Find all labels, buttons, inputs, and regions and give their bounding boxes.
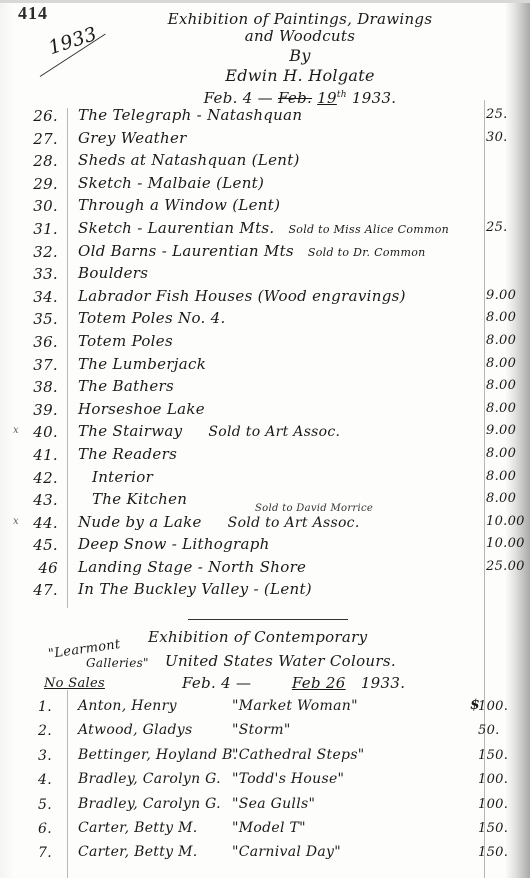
list-item: 6.Carter, Betty M."Model T"150. — [0, 819, 530, 843]
item-title-text: Through a Window (Lent) — [78, 196, 280, 214]
list-item: 41.The Readers8.00 — [0, 444, 530, 467]
header-by: By — [130, 46, 470, 66]
list-item: x44.Nude by a LakeSold to Art Assoc.Sold… — [0, 512, 530, 535]
item-title: Sketch - Laurentian Mts.Sold to Miss Ali… — [78, 219, 449, 237]
list-item: 35.Totem Poles No. 4.8.00 — [0, 308, 530, 331]
no-sales-note: No Sales — [44, 676, 105, 691]
list-item: 5.Bradley, Carolyn G."Sea Gulls"100. — [0, 795, 530, 819]
item-title: In The Buckley Valley - (Lent) — [78, 580, 312, 598]
item-title-text: In The Buckley Valley - (Lent) — [78, 580, 312, 598]
item-number: 34. — [33, 288, 58, 306]
list-item: 31.Sketch - Laurentian Mts.Sold to Miss … — [0, 218, 530, 241]
item-title: The Readers — [78, 445, 177, 463]
item-price: 100. — [478, 797, 508, 812]
item-price: 150. — [478, 748, 508, 763]
item-title: Through a Window (Lent) — [78, 196, 280, 214]
artist-name: Atwood, Gladys — [78, 722, 192, 738]
item-title: Grey Weather — [78, 129, 187, 147]
header-dates: Feb. 4 — Feb. 19th 1933. — [130, 86, 470, 107]
artist-name: Bettinger, Hoyland B. — [78, 747, 237, 763]
item-number: 36. — [33, 333, 58, 351]
list-item: 38.The Bathers8.00 — [0, 376, 530, 399]
item-number: 47. — [33, 581, 58, 599]
ledger-page: 414 1933 Exhibition of Paintings, Drawin… — [0, 0, 530, 878]
item-number: 5. — [38, 797, 52, 813]
item-title-text: Totem Poles No. 4. — [78, 309, 226, 327]
sale-note-above: Sold to David Morrice — [255, 503, 373, 514]
item-title: Labrador Fish Houses (Wood engravings) — [78, 287, 406, 305]
x-mark: x — [13, 425, 19, 436]
item-title-text: The Telegraph - Natashquan — [78, 106, 302, 124]
item-price: 8.00 — [486, 333, 516, 348]
list-item: 37.The Lumberjack8.00 — [0, 354, 530, 377]
item-title: The StairwaySold to Art Assoc. — [78, 422, 340, 440]
list-item: 26.The Telegraph - Natashquan25. — [0, 105, 530, 128]
list-item: 7.Carter, Betty M."Carnival Day"150. — [0, 843, 530, 867]
item-number: 7. — [38, 845, 52, 861]
item-price: 8.00 — [486, 378, 516, 393]
item-number: 31. — [33, 220, 58, 238]
item-title-text: The Stairway — [78, 422, 182, 440]
item-price: 25. — [486, 220, 508, 235]
exhibition2-list: $ 1.Anton, Henry"Market Woman"100.2.Atwo… — [0, 697, 530, 868]
item-title-text: Sketch - Malbaie (Lent) — [78, 174, 264, 192]
exhibition1-header: Exhibition of Paintings, Drawings and Wo… — [130, 10, 470, 107]
item-price: 25.00 — [486, 559, 525, 574]
item-number: 39. — [33, 401, 58, 419]
item-number: 27. — [33, 130, 58, 148]
item-price: 8.00 — [486, 491, 516, 506]
item-title: Nude by a LakeSold to Art Assoc. — [78, 513, 360, 531]
item-title: Sheds at Natashquan (Lent) — [78, 151, 300, 169]
page-top-edge — [0, 0, 530, 3]
artist-name: Carter, Betty M. — [78, 844, 198, 860]
item-price: 8.00 — [486, 469, 516, 484]
item-number: 4. — [38, 772, 52, 788]
list-item: 34.Labrador Fish Houses (Wood engravings… — [0, 286, 530, 309]
work-title: "Carnival Day" — [232, 844, 341, 860]
item-title-text: Labrador Fish Houses (Wood engravings) — [78, 287, 406, 305]
item-number: 6. — [38, 821, 52, 837]
item-title-text: The Lumberjack — [78, 355, 206, 373]
item-title: Deep Snow - Lithograph — [78, 535, 270, 553]
item-title: Totem Poles No. 4. — [78, 309, 226, 327]
sale-note: Sold to Dr. Common — [308, 246, 426, 259]
item-title-text: Grey Weather — [78, 129, 187, 147]
item-number: 30. — [33, 197, 58, 215]
artist-name: Carter, Betty M. — [78, 820, 198, 836]
artist-name: Bradley, Carolyn G. — [78, 771, 221, 787]
exhibition2-date-end: Feb 26 — [292, 674, 346, 692]
list-item: x40.The StairwaySold to Art Assoc.9.00 — [0, 421, 530, 444]
list-item: 45.Deep Snow - Lithograph10.00 — [0, 534, 530, 557]
item-title: The Telegraph - Natashquan — [78, 106, 302, 124]
work-title: "Market Woman" — [232, 698, 358, 714]
artist-name: Bradley, Carolyn G. — [78, 796, 221, 812]
work-title: "Storm" — [232, 722, 291, 738]
item-number: 40. — [33, 423, 58, 441]
item-number: 38. — [33, 378, 58, 396]
item-price: 10.00 — [486, 536, 525, 551]
list-item: 47.In The Buckley Valley - (Lent) — [0, 579, 530, 602]
list-item: 4.Bradley, Carolyn G."Todd's House"100. — [0, 770, 530, 794]
sale-note: Sold to Art Assoc. — [228, 515, 360, 531]
list-item: 3.Bettinger, Hoyland B."Cathedral Steps"… — [0, 746, 530, 770]
list-item: 2.Atwood, Gladys"Storm"50. — [0, 721, 530, 745]
item-price: 8.00 — [486, 310, 516, 325]
header-title-line2: and Woodcuts — [130, 28, 470, 44]
exhibition2-year: 1933. — [361, 674, 405, 692]
item-title: Horseshoe Lake — [78, 400, 205, 418]
list-item: 33.Boulders — [0, 263, 530, 286]
item-number: 43. — [33, 491, 58, 509]
item-price: 8.00 — [486, 446, 516, 461]
list-item: 42.Interior8.00 — [0, 467, 530, 490]
item-title-text: The Kitchen — [92, 490, 187, 508]
item-title: Old Barns - Laurentian MtsSold to Dr. Co… — [78, 242, 426, 260]
item-title: The Lumberjack — [78, 355, 206, 373]
gallery-name-line2: Galleries" — [86, 656, 149, 670]
exhibition2-subtitle: United States Water Colours. — [165, 652, 396, 670]
date-suffix: th — [337, 90, 347, 100]
item-number: 1. — [38, 699, 52, 715]
sale-note: Sold to Art Assoc. — [208, 424, 340, 440]
artist-name: Anton, Henry — [78, 698, 177, 714]
list-item: 39.Horseshoe Lake8.00 — [0, 399, 530, 422]
work-title: "Todd's House" — [232, 771, 344, 787]
item-price: 25. — [486, 107, 508, 122]
item-title: Interior — [92, 468, 153, 486]
item-price: 30. — [486, 130, 508, 145]
work-title: "Sea Gulls" — [232, 796, 315, 812]
item-title-text: Totem Poles — [78, 332, 173, 350]
exhibition2-dates: Feb. 4 — Feb 26 1933. — [182, 674, 405, 692]
item-number: 45. — [33, 536, 58, 554]
header-artist: Edwin H. Holgate — [130, 66, 470, 86]
item-title-text: The Bathers — [78, 377, 174, 395]
item-price: 8.00 — [486, 356, 516, 371]
x-mark: x — [13, 516, 19, 527]
item-number: 2. — [38, 723, 52, 739]
item-number: 35. — [33, 310, 58, 328]
list-item: 36.Totem Poles8.00 — [0, 331, 530, 354]
item-number: 37. — [33, 356, 58, 374]
list-item: 32.Old Barns - Laurentian MtsSold to Dr.… — [0, 241, 530, 264]
item-title: Boulders — [78, 264, 148, 282]
item-price: 50. — [478, 723, 500, 738]
item-title-text: Deep Snow - Lithograph — [78, 535, 270, 553]
list-item: 28.Sheds at Natashquan (Lent) — [0, 150, 530, 173]
work-title: "Cathedral Steps" — [232, 747, 365, 763]
item-title: The Kitchen — [92, 490, 187, 508]
section-divider — [188, 619, 348, 620]
exhibition2-title: Exhibition of Contemporary — [148, 628, 367, 646]
item-title-text: Old Barns - Laurentian Mts — [78, 242, 294, 260]
item-number: 28. — [33, 152, 58, 170]
item-number: 29. — [33, 175, 58, 193]
item-title-text: Sheds at Natashquan (Lent) — [78, 151, 300, 169]
item-number: 46 — [38, 559, 58, 577]
list-item: 30.Through a Window (Lent) — [0, 195, 530, 218]
item-number: 33. — [33, 265, 58, 283]
item-title: The Bathers — [78, 377, 174, 395]
item-title: Totem Poles — [78, 332, 173, 350]
item-price: 150. — [478, 845, 508, 860]
item-title-text: Nude by a Lake — [78, 513, 202, 531]
item-price: 100. — [478, 772, 508, 787]
item-price: 10.00 — [486, 514, 525, 529]
list-item: 1.Anton, Henry"Market Woman"100. — [0, 697, 530, 721]
item-number: 42. — [33, 469, 58, 487]
header-title-line1: Exhibition of Paintings, Drawings — [130, 10, 470, 28]
item-price: 100. — [478, 699, 508, 714]
item-number: 44. — [33, 514, 58, 532]
item-title: Sketch - Malbaie (Lent) — [78, 174, 264, 192]
item-number: 3. — [38, 748, 52, 764]
item-title-text: Landing Stage - North Shore — [78, 558, 306, 576]
list-item: 27.Grey Weather30. — [0, 128, 530, 151]
exhibition1-list: 26.The Telegraph - Natashquan25.27.Grey … — [0, 105, 530, 602]
item-title-text: Interior — [92, 468, 153, 486]
item-price: 9.00 — [486, 288, 516, 303]
item-title-text: The Readers — [78, 445, 177, 463]
item-title-text: Boulders — [78, 264, 148, 282]
work-title: "Model T" — [232, 820, 306, 836]
item-number: 32. — [33, 243, 58, 261]
item-number: 41. — [33, 446, 58, 464]
item-price: 8.00 — [486, 401, 516, 416]
item-title: Landing Stage - North Shore — [78, 558, 306, 576]
item-title-text: Sketch - Laurentian Mts. — [78, 219, 274, 237]
item-price: 150. — [478, 821, 508, 836]
list-item: 46Landing Stage - North Shore25.00 — [0, 557, 530, 580]
item-number: 26. — [33, 107, 58, 125]
item-price: 9.00 — [486, 423, 516, 438]
page-number: 414 — [18, 3, 48, 24]
item-title-text: Horseshoe Lake — [78, 400, 205, 418]
sale-note: Sold to Miss Alice Common — [288, 223, 449, 236]
list-item: 29.Sketch - Malbaie (Lent) — [0, 173, 530, 196]
exhibition2-date-start: Feb. 4 — — [182, 674, 251, 692]
